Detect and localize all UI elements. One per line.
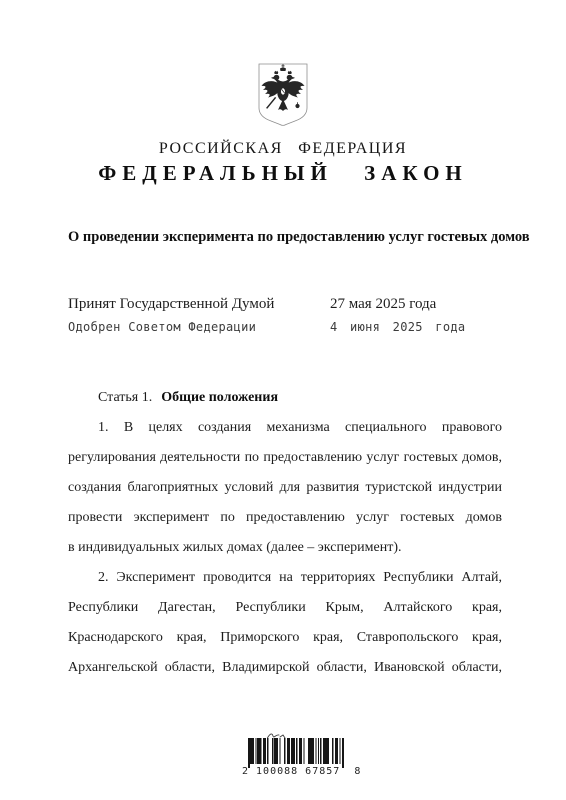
adoption-block: Принят Государственной Думой 27 мая 2025…	[68, 296, 502, 336]
barcode-bars	[248, 738, 344, 764]
text-line: создания благоприятных условий для разви…	[68, 473, 502, 503]
article-1: Статья 1.Общие положения 1. В целях созд…	[68, 383, 502, 683]
passed-row: Принят Государственной Думой 27 мая 2025…	[68, 296, 502, 312]
document-type-heading: ФЕДЕРАЛЬНЫЙ ЗАКОН	[0, 161, 566, 186]
approved-label: Одобрен Советом Федерации	[68, 320, 330, 334]
text-line: 2. Эксперимент проводится на территориях…	[68, 563, 502, 593]
text-line: Краснодарского края, Приморского края, С…	[68, 623, 502, 653]
barcode-digits: 2 100088 67857 8	[242, 766, 350, 777]
article-number: Статья 1.	[98, 390, 152, 405]
paragraph: 2. Эксперимент проводится на территориях…	[68, 563, 502, 683]
approved-date: 4 июня 2025 года	[330, 320, 465, 334]
paragraph: 1. В целях создания механизма специально…	[68, 413, 502, 563]
article-heading-title: Общие положения	[161, 390, 278, 405]
text-line: регулирования деятельности по предоставл…	[68, 443, 502, 473]
country-name: РОССИЙСКАЯ ФЕДЕРАЦИЯ	[0, 140, 566, 158]
publication-barcode: 2 100088 67857 8	[242, 738, 350, 777]
text-line: провести эксперимент по предоставлению у…	[68, 503, 502, 533]
text-line: Архангельской области, Владимирской обла…	[68, 653, 502, 683]
law-title: О проведении эксперимента по предоставле…	[68, 229, 502, 246]
law-document-page: РОССИЙСКАЯ ФЕДЕРАЦИЯ ФЕДЕРАЛЬНЫЙ ЗАКОН О…	[0, 0, 566, 800]
text-line: в индивидуальных жилых домах (далее – эк…	[68, 533, 502, 563]
article-paragraphs: 1. В целях создания механизма специально…	[68, 413, 502, 683]
russian-coat-of-arms-icon	[256, 62, 310, 128]
passed-date: 27 мая 2025 года	[330, 296, 436, 313]
article-heading: Статья 1.Общие положения	[68, 383, 502, 413]
text-line: Республики Дагестан, Республики Крым, Ал…	[68, 593, 502, 623]
approved-row: Одобрен Советом Федерации 4 июня 2025 го…	[68, 320, 502, 336]
text-line: 1. В целях создания механизма специально…	[68, 413, 502, 443]
passed-label: Принят Государственной Думой	[68, 296, 330, 313]
